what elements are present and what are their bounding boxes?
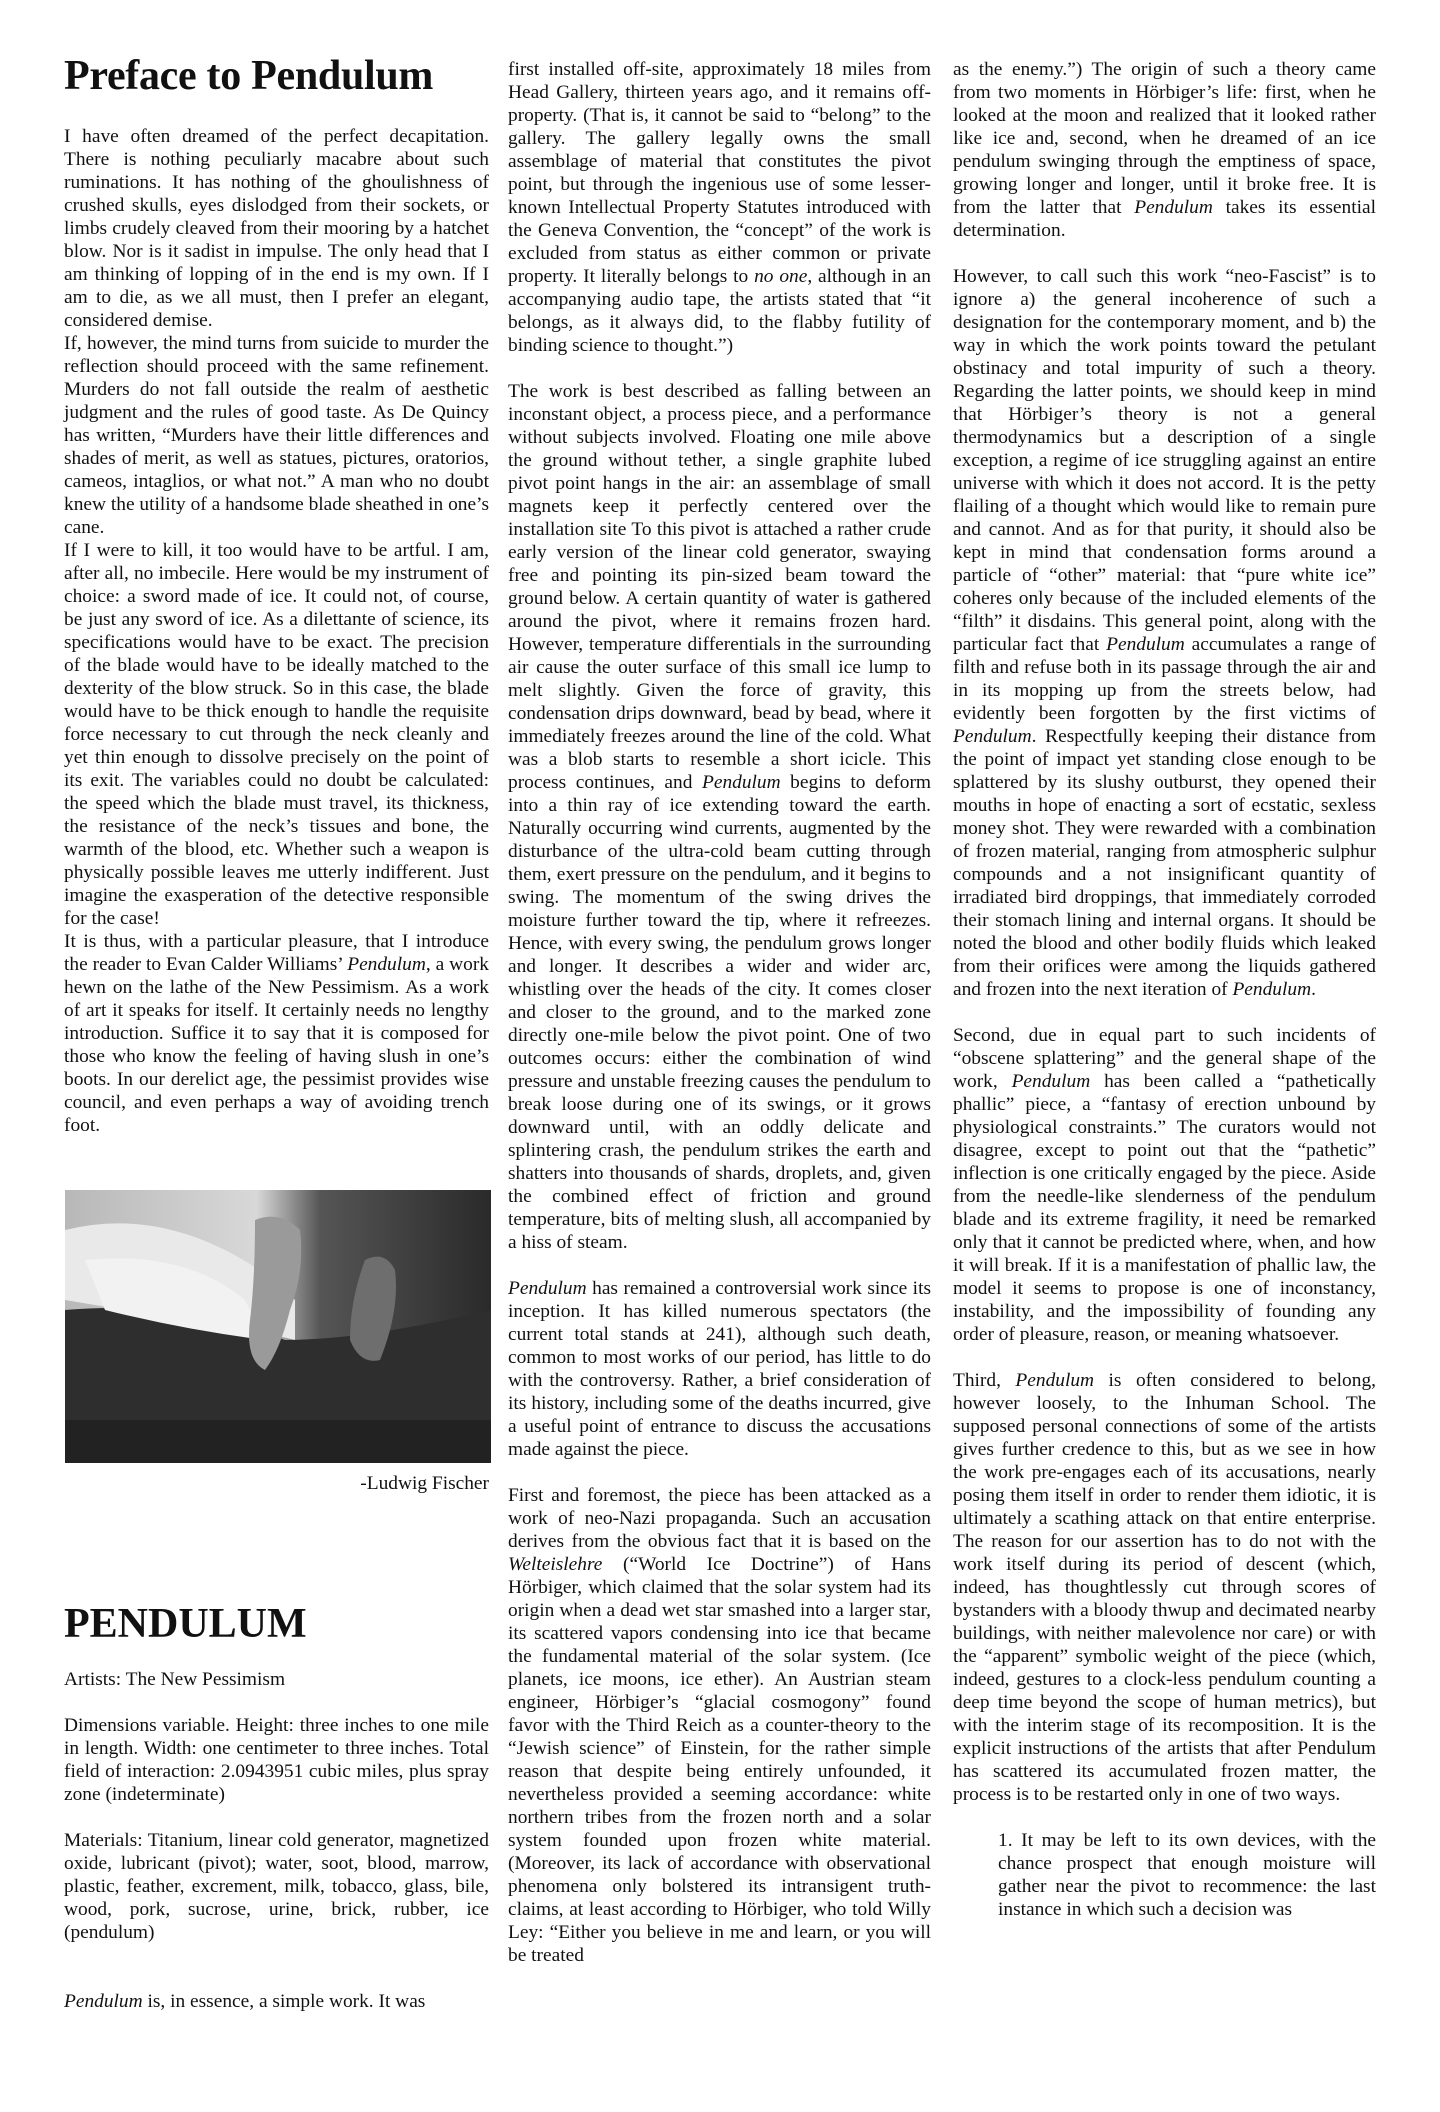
right-column: as the enemy.”) The origin of such a the… <box>953 58 1376 1921</box>
middle-column: first installed off-site, approximately … <box>508 58 931 1967</box>
frostbite-photo <box>65 1190 491 1463</box>
materials-text: Materials: Titanium, linear cold generat… <box>64 1829 489 1944</box>
preface-paragraph: If I were to kill, it too would have to … <box>64 539 489 930</box>
preface-paragraph: I have often dreamed of the perfect deca… <box>64 125 489 332</box>
pendulum-intro: Pendulum is, in essence, a simple work. … <box>64 1990 489 2013</box>
preface-title: Preface to Pendulum <box>64 52 433 100</box>
pendulum-details: Artists: The New Pessimism Dimensions va… <box>64 1668 489 2013</box>
work-title: Pendulum <box>347 954 426 975</box>
body-paragraph: First and foremost, the piece has been a… <box>508 1484 931 1967</box>
preface-paragraph: If, however, the mind turns from suicide… <box>64 332 489 539</box>
body-paragraph: The work is best described as falling be… <box>508 380 931 1254</box>
artists-line: Artists: The New Pessimism <box>64 1668 489 1691</box>
body-paragraph: However, to call such this work “neo-Fas… <box>953 265 1376 1001</box>
signature: -Ludwig Fischer <box>64 1472 489 1495</box>
dimensions-text: Dimensions variable. Height: three inche… <box>64 1714 489 1806</box>
body-paragraph: first installed off-site, approximately … <box>508 58 931 357</box>
body-paragraph: as the enemy.”) The origin of such a the… <box>953 58 1376 242</box>
preface-paragraph: It is thus, with a particular pleasure, … <box>64 930 489 1137</box>
body-paragraph: Third, Pendulum is often considered to b… <box>953 1369 1376 1806</box>
numbered-list-item: 1. It may be left to its own devices, wi… <box>998 1829 1376 1921</box>
body-paragraph: Second, due in equal part to such incide… <box>953 1024 1376 1346</box>
pendulum-title: PENDULUM <box>64 1600 307 1648</box>
body-paragraph: Pendulum has remained a controversial wo… <box>508 1277 931 1461</box>
preface-body: I have often dreamed of the perfect deca… <box>64 125 489 1137</box>
